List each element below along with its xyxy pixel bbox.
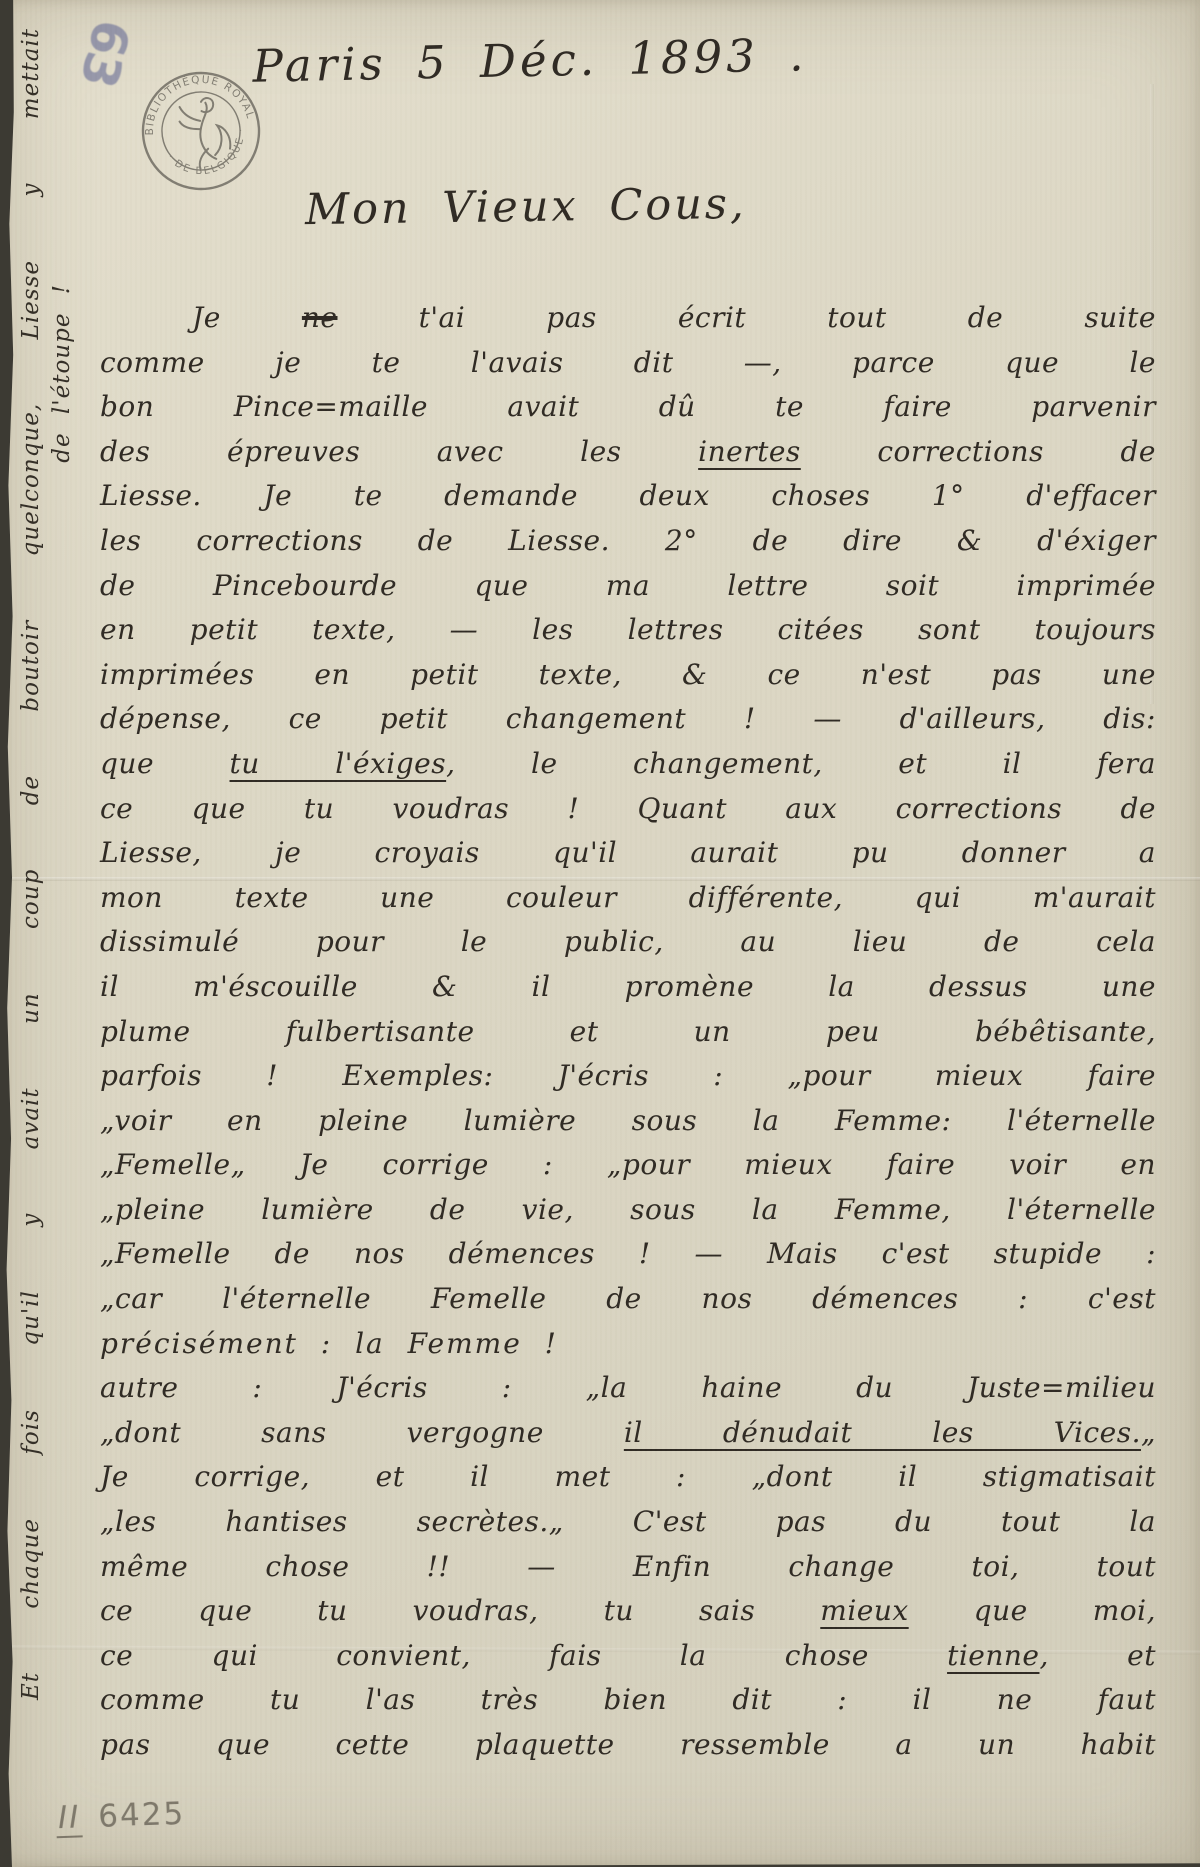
date-line: Paris 5 Déc. 1893 . bbox=[240, 28, 821, 93]
letter-line: précisément : la Femme ! bbox=[100, 1322, 1156, 1367]
letter-line: dissimulé pour le public, au lieu de cel… bbox=[100, 920, 1156, 965]
letter-line: „car l'éternelle Femelle de nos démences… bbox=[100, 1277, 1156, 1322]
letter-line: imprimées en petit texte, & ce n'est pas… bbox=[100, 653, 1156, 698]
letter-line: ce que tu voudras ! Quant aux correction… bbox=[100, 787, 1156, 832]
letter-body: Je ne t'ai pas écrit tout de suitecomme … bbox=[100, 296, 1156, 1768]
shelfmark-roman: II bbox=[55, 1799, 83, 1838]
letter-line: bon Pince=maille avait dû te faire parve… bbox=[100, 385, 1156, 430]
letter-line: même chose !! — Enfin change toi, tout bbox=[100, 1545, 1156, 1590]
letter-line: „les hantises secrètes.„ C'est pas du to… bbox=[100, 1500, 1156, 1545]
letter-line: Je ne t'ai pas écrit tout de suite bbox=[100, 296, 1156, 341]
margin-note: Et chaque fois qu'il y avait un coup de … bbox=[16, 28, 78, 1700]
letter-line: „pleine lumière de vie, sous la Femme, l… bbox=[100, 1188, 1156, 1233]
margin-note-line2: de l'étoupe ! bbox=[47, 28, 78, 1700]
letter-line: les corrections de Liesse. 2° de dire & … bbox=[100, 519, 1156, 564]
letter-line: des épreuves avec les inertes correction… bbox=[100, 430, 1156, 475]
letter-line: comme tu l'as très bien dit : il ne faut bbox=[100, 1678, 1156, 1723]
letter-line: „voir en pleine lumière sous la Femme: l… bbox=[100, 1099, 1156, 1144]
letter-line: mon texte une couleur différente, qui m'… bbox=[100, 876, 1156, 921]
letter-line: dépense, ce petit changement ! — d'aille… bbox=[100, 697, 1156, 742]
letter-line: comme je te l'avais dit —, parce que le bbox=[100, 341, 1156, 386]
margin-note-line1: Et chaque fois qu'il y avait un coup de … bbox=[16, 28, 47, 1700]
letter-line: pas que cette plaquette ressemble a un h… bbox=[100, 1723, 1156, 1768]
letter-line: autre : J'écris : „la haine du Juste=mil… bbox=[100, 1366, 1156, 1411]
letter-page: 63 BIBLIOTHÈQUE ROYALE · DE BELGIQUE · bbox=[0, 0, 1200, 1867]
letter-line: ce qui convient, fais la chose tienne, e… bbox=[100, 1634, 1156, 1679]
shelfmark: II6425 bbox=[55, 1796, 185, 1836]
letter-line: Liesse, je croyais qu'il aurait pu donne… bbox=[100, 831, 1156, 876]
letter-line: „Femelle de nos démences ! — Mais c'est … bbox=[100, 1232, 1156, 1277]
letter-line: que tu l'éxiges, le changement, et il fe… bbox=[100, 742, 1156, 787]
shelfmark-number: 6425 bbox=[98, 1796, 186, 1835]
letter-line: en petit texte, — les lettres citées son… bbox=[100, 608, 1156, 653]
letter-line: parfois ! Exemples: J'écris : „pour mieu… bbox=[100, 1054, 1156, 1099]
letter-line: ce que tu voudras, tu sais mieux que moi… bbox=[100, 1589, 1156, 1634]
letter-line: Je corrige, et il met : „dont il stigmat… bbox=[100, 1455, 1156, 1500]
letter-line: il m'éscouille & il promène la dessus un… bbox=[100, 965, 1156, 1010]
letter-line: plume fulbertisante et un peu bébêtisant… bbox=[100, 1010, 1156, 1055]
letter-line: „dont sans vergogne il dénudait les Vice… bbox=[100, 1411, 1156, 1456]
letter-line: de Pincebourde que ma lettre soit imprim… bbox=[100, 564, 1156, 609]
letter-line: Liesse. Je te demande deux choses 1° d'e… bbox=[100, 474, 1156, 519]
letter-line: „Femelle„ Je corrige : „pour mieux faire… bbox=[100, 1143, 1156, 1188]
archive-number: 63 bbox=[69, 14, 141, 92]
salutation: Mon Vieux Cous, bbox=[305, 179, 747, 235]
